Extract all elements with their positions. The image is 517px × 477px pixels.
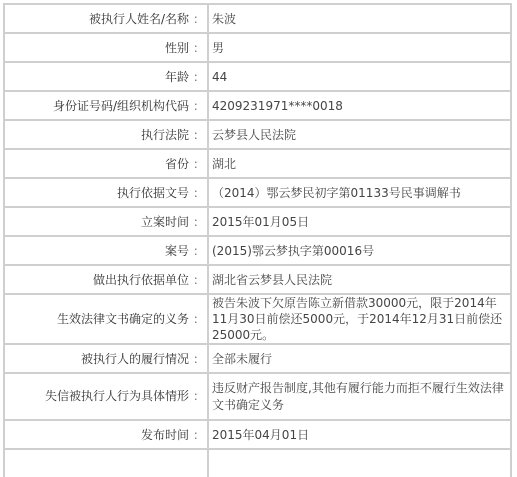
value-obligation: 被告朱波下欠原告陈立新借款30000元，限于2014年11月30日前偿还5000… [208, 294, 511, 344]
value-id-number: 4209231971****0018 [208, 91, 511, 120]
label-text: 身份证号码/组织机构代码 [53, 99, 189, 113]
colon: ： [193, 70, 205, 84]
row-obligation: 生效法律文书确定的义务： 被告朱波下欠原告陈立新借款30000元，限于2014年… [4, 294, 511, 344]
value-filing-date: 2015年01月05日 [208, 207, 511, 236]
label-text: 省份 [165, 157, 189, 171]
label-text: 做出执行依据单位 [93, 273, 189, 287]
label-case-number: 案号： [4, 236, 208, 265]
label-text: 立案时间 [141, 215, 189, 229]
value-age: 44 [208, 62, 511, 91]
label-text: 被执行人姓名/名称 [89, 12, 189, 26]
colon: ： [193, 186, 205, 200]
row-id-number: 身份证号码/组织机构代码： 4209231971****0018 [4, 91, 511, 120]
label-text: 性别 [165, 41, 189, 55]
row-name: 被执行人姓名/名称： 朱波 [4, 4, 511, 33]
colon: ： [193, 244, 205, 258]
colon: ： [193, 273, 205, 287]
label-text: 失信被执行人行为具体情形 [45, 389, 189, 403]
label-dishonest-conduct: 失信被执行人行为具体情形： [4, 373, 208, 420]
row-basis-issuer: 做出执行依据单位： 湖北省云梦县人民法院 [4, 265, 511, 294]
colon: ： [193, 389, 205, 403]
row-dishonest-conduct: 失信被执行人行为具体情形： 违反财产报告制度,其他有履行能力而拒不履行生效法律文… [4, 373, 511, 420]
value-performance: 全部未履行 [208, 344, 511, 373]
row-empty [4, 449, 511, 476]
row-age: 年龄： 44 [4, 62, 511, 91]
colon: ： [193, 428, 205, 442]
label-performance: 被执行人的履行情况： [4, 344, 208, 373]
value-case-number: (2015)鄂云梦执字第00016号 [208, 236, 511, 265]
label-text: 被执行人的履行情况 [81, 352, 189, 366]
row-filing-date: 立案时间： 2015年01月05日 [4, 207, 511, 236]
label-age: 年龄： [4, 62, 208, 91]
value-basis-doc-number: （2014）鄂云梦民初字第01133号民事调解书 [208, 178, 511, 207]
colon: ： [193, 215, 205, 229]
label-id-number: 身份证号码/组织机构代码： [4, 91, 208, 120]
colon: ： [193, 12, 205, 26]
row-court: 执行法院： 云梦县人民法院 [4, 120, 511, 149]
value-empty [208, 449, 511, 476]
colon: ： [193, 157, 205, 171]
row-publish-date: 发布时间： 2015年04月01日 [4, 420, 511, 449]
row-case-number: 案号： (2015)鄂云梦执字第00016号 [4, 236, 511, 265]
label-text: 发布时间 [141, 428, 189, 442]
label-text: 执行法院 [141, 128, 189, 142]
value-dishonest-conduct: 违反财产报告制度,其他有履行能力而拒不履行生效法律文书确定义务 [208, 373, 511, 420]
label-publish-date: 发布时间： [4, 420, 208, 449]
label-text: 生效法律文书确定的义务 [57, 312, 189, 326]
row-performance: 被执行人的履行情况： 全部未履行 [4, 344, 511, 373]
label-filing-date: 立案时间： [4, 207, 208, 236]
colon: ： [193, 41, 205, 55]
label-empty [4, 449, 208, 476]
label-province: 省份： [4, 149, 208, 178]
label-basis-issuer: 做出执行依据单位： [4, 265, 208, 294]
colon: ： [193, 99, 205, 113]
row-province: 省份： 湖北 [4, 149, 511, 178]
label-text: 案号 [165, 244, 189, 258]
label-text: 年龄 [165, 70, 189, 84]
label-basis-doc-number: 执行依据文号： [4, 178, 208, 207]
colon: ： [193, 312, 205, 326]
row-basis-doc-number: 执行依据文号： （2014）鄂云梦民初字第01133号民事调解书 [4, 178, 511, 207]
label-obligation: 生效法律文书确定的义务： [4, 294, 208, 344]
colon: ： [193, 352, 205, 366]
value-publish-date: 2015年04月01日 [208, 420, 511, 449]
label-court: 执行法院： [4, 120, 208, 149]
label-text: 执行依据文号 [117, 186, 189, 200]
row-gender: 性别： 男 [4, 33, 511, 62]
value-name: 朱波 [208, 4, 511, 33]
value-province: 湖北 [208, 149, 511, 178]
dishonest-debtor-info-table: 被执行人姓名/名称： 朱波 性别： 男 年龄： 44 身份证号码/组织机构代码：… [3, 3, 512, 476]
label-gender: 性别： [4, 33, 208, 62]
value-gender: 男 [208, 33, 511, 62]
value-court: 云梦县人民法院 [208, 120, 511, 149]
label-name: 被执行人姓名/名称： [4, 4, 208, 33]
colon: ： [193, 128, 205, 142]
value-basis-issuer: 湖北省云梦县人民法院 [208, 265, 511, 294]
